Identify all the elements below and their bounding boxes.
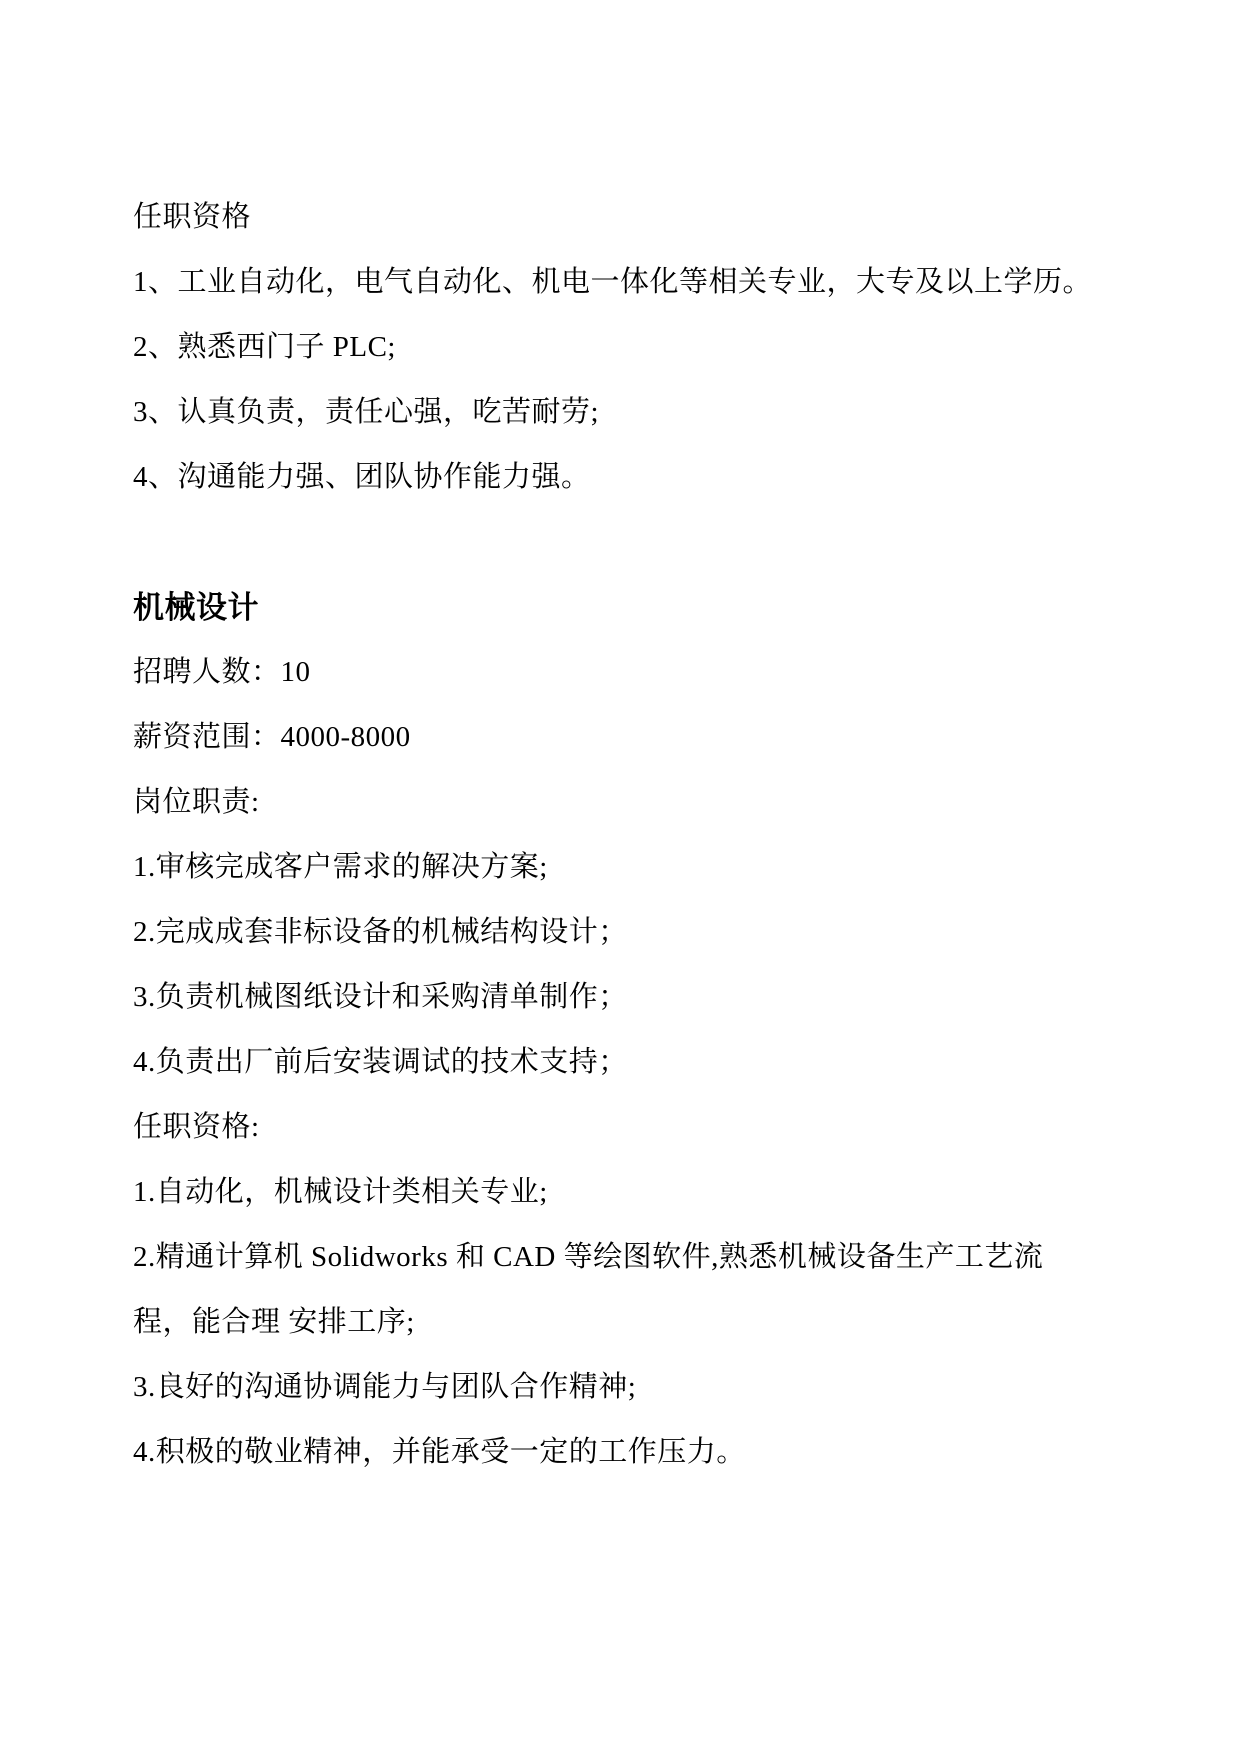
job2-qualifications-heading: 任职资格: xyxy=(133,1095,1113,1160)
job2-qualification-line-2: 2.精通计算机 Solidworks 和 CAD 等绘图软件,熟悉机械设备生产工… xyxy=(133,1225,1113,1290)
job2-qualification-line-5: 4.积极的敬业精神，并能承受一定的工作压力。 xyxy=(133,1420,1113,1485)
job2-duty-item-3: 3.负责机械图纸设计和采购清单制作； xyxy=(133,965,1113,1030)
blank-line xyxy=(133,510,1113,575)
job1-qualification-item-1: 1、工业自动化，电气自动化、机电一体化等相关专业，大专及以上学历。 xyxy=(133,250,1113,315)
job1-qualification-item-2: 2、熟悉西门子 PLC; xyxy=(133,315,1113,380)
job1-qualification-item-3: 3、认真负责，责任心强，吃苦耐劳; xyxy=(133,380,1113,445)
job2-salary-range: 薪资范围：4000-8000 xyxy=(133,705,1113,770)
job2-duty-item-2: 2.完成成套非标设备的机械结构设计； xyxy=(133,900,1113,965)
job2-qualification-line-1: 1.自动化，机械设计类相关专业; xyxy=(133,1160,1113,1225)
document-page: 任职资格 1、工业自动化，电气自动化、机电一体化等相关专业，大专及以上学历。 2… xyxy=(0,0,1241,1754)
job2-recruit-count: 招聘人数：10 xyxy=(133,640,1113,705)
job2-qualification-line-3: 程，能合理 安排工序; xyxy=(133,1290,1113,1355)
job2-duties-heading: 岗位职责: xyxy=(133,770,1113,835)
job1-qualifications-heading: 任职资格 xyxy=(133,185,1113,250)
recruit-count-label: 招聘人数： xyxy=(133,656,281,688)
job1-qualification-item-4: 4、沟通能力强、团队协作能力强。 xyxy=(133,445,1113,510)
salary-range-label: 薪资范围： xyxy=(133,721,281,753)
document-content: 任职资格 1、工业自动化，电气自动化、机电一体化等相关专业，大专及以上学历。 2… xyxy=(133,185,1113,1485)
job2-title: 机械设计 xyxy=(133,575,1113,640)
recruit-count-value: 10 xyxy=(281,656,311,688)
job2-qualification-line-4: 3.良好的沟通协调能力与团队合作精神; xyxy=(133,1355,1113,1420)
salary-range-value: 4000-8000 xyxy=(281,721,411,753)
job2-duty-item-1: 1.审核完成客户需求的解决方案; xyxy=(133,835,1113,900)
job2-duty-item-4: 4.负责出厂前后安装调试的技术支持； xyxy=(133,1030,1113,1095)
